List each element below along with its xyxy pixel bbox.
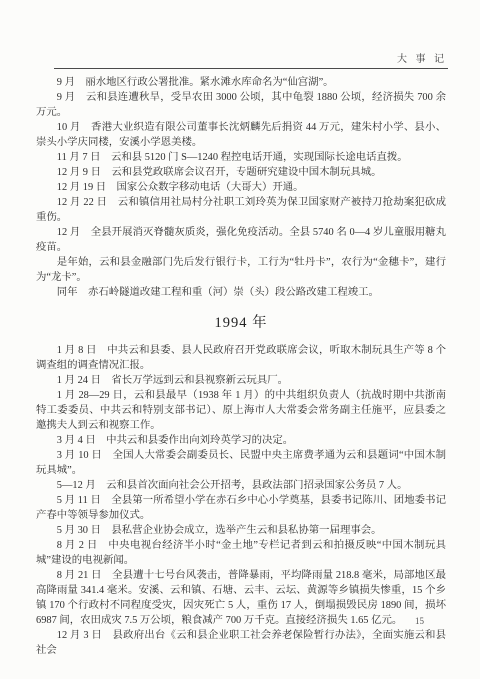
chronicle-entry: 1 月 24 日 省长万学远到云和县视察新云玩具厂。 <box>36 373 446 388</box>
chronicle-entry: 是年始，云和县金融部门先后发行银行卡，工行为“牡丹卡”，农行为“金穗卡”，建行为… <box>36 255 446 285</box>
chronicle-entry: 12 月 19 日 国家公众数字移动电话（大哥大）开通。 <box>36 180 446 195</box>
chronicle-entry: 同年 赤石岭隧道改建工程和重（河）崇（头）段公路改建工程竣工。 <box>36 285 446 300</box>
chronicle-entry: 12 月 9 日 云和县党政联席会议召开，专题研究建设中国木制玩具城。 <box>36 165 446 180</box>
book-page: 大 事 记 9 月 丽水地区行政公署批准。紧水滩水库命名为“仙宫湖”。 9 月 … <box>0 0 480 679</box>
chronicle-entry: 9 月 云和县连遭秋旱，受旱农田 3000 公顷，其中龟裂 1880 公顷，经济… <box>36 90 446 120</box>
running-header-title: 大 事 记 <box>397 50 447 65</box>
page-content: 9 月 丽水地区行政公署批准。紧水滩水库命名为“仙宫湖”。 9 月 云和县连遭秋… <box>36 75 446 658</box>
chronicle-entry: 5—12 月 云和县首次面向社会公开招考，县政法部门招录国家公务员 7 人。 <box>36 478 446 493</box>
chronicle-entry: 12 月 22 日 云和镇信用社局村分社职工刘玲英为保卫国家财产被持刀抢劫案犯砍… <box>36 195 446 225</box>
chronicle-entry: 10 月 香港大业织造有限公司董事长沈炳麟先后捐资 44 万元，建朱村小学、县小… <box>36 120 446 150</box>
chronicle-entry: 8 月 21 日 全县遭十七号台风袭击，普降暴雨，平均降雨量 218.8 毫米，… <box>36 568 446 628</box>
chronicle-entry: 12 月 3 日 县政府出台《云和县企业职工社会养老保险暂行办法》，全面实施云和… <box>36 628 446 658</box>
page-number: 15 <box>415 616 424 626</box>
chronicle-entry: 5 月 11 日 全县第一所希望小学在赤石乡中心小学奠基，县委书记陈川、团地委书… <box>36 493 446 523</box>
header-rule <box>54 68 448 69</box>
chronicle-entry: 8 月 2 日 中央电视台经济半小时“金土地”专栏记者到云和拍摄反映“中国木制玩… <box>36 538 446 568</box>
chronicle-entry: 11 月 7 日 云和县 5120 门 S—1240 程控电话开通，实现国际长途… <box>36 150 446 165</box>
chronicle-entry: 3 月 10 日 全国人大常委会副委员长、民盟中央主席费孝通为云和县题词“中国木… <box>36 448 446 478</box>
chronicle-entry: 9 月 丽水地区行政公署批准。紧水滩水库命名为“仙宫湖”。 <box>36 75 446 90</box>
year-heading-1994: 1994 年 <box>36 313 446 333</box>
chronicle-entry: 12 月 全县开展消灭脊髓灰质炎，强化免疫活动。全县 5740 名 0—4 岁儿… <box>36 225 446 255</box>
chronicle-entry: 1 月 28—29 日，云和县最早（1938 年 1 月）的中共组织负责人（抗战… <box>36 388 446 433</box>
chronicle-entry: 1 月 8 日 中共云和县委、县人民政府召开党政联席会议，听取木制玩具生产等 8… <box>36 343 446 373</box>
chronicle-entry: 5 月 30 日 县私营企业协会成立，选举产生云和县私协第一届理事会。 <box>36 523 446 538</box>
chronicle-entry: 3 月 4 日 中共云和县委作出向刘玲英学习的决定。 <box>36 433 446 448</box>
